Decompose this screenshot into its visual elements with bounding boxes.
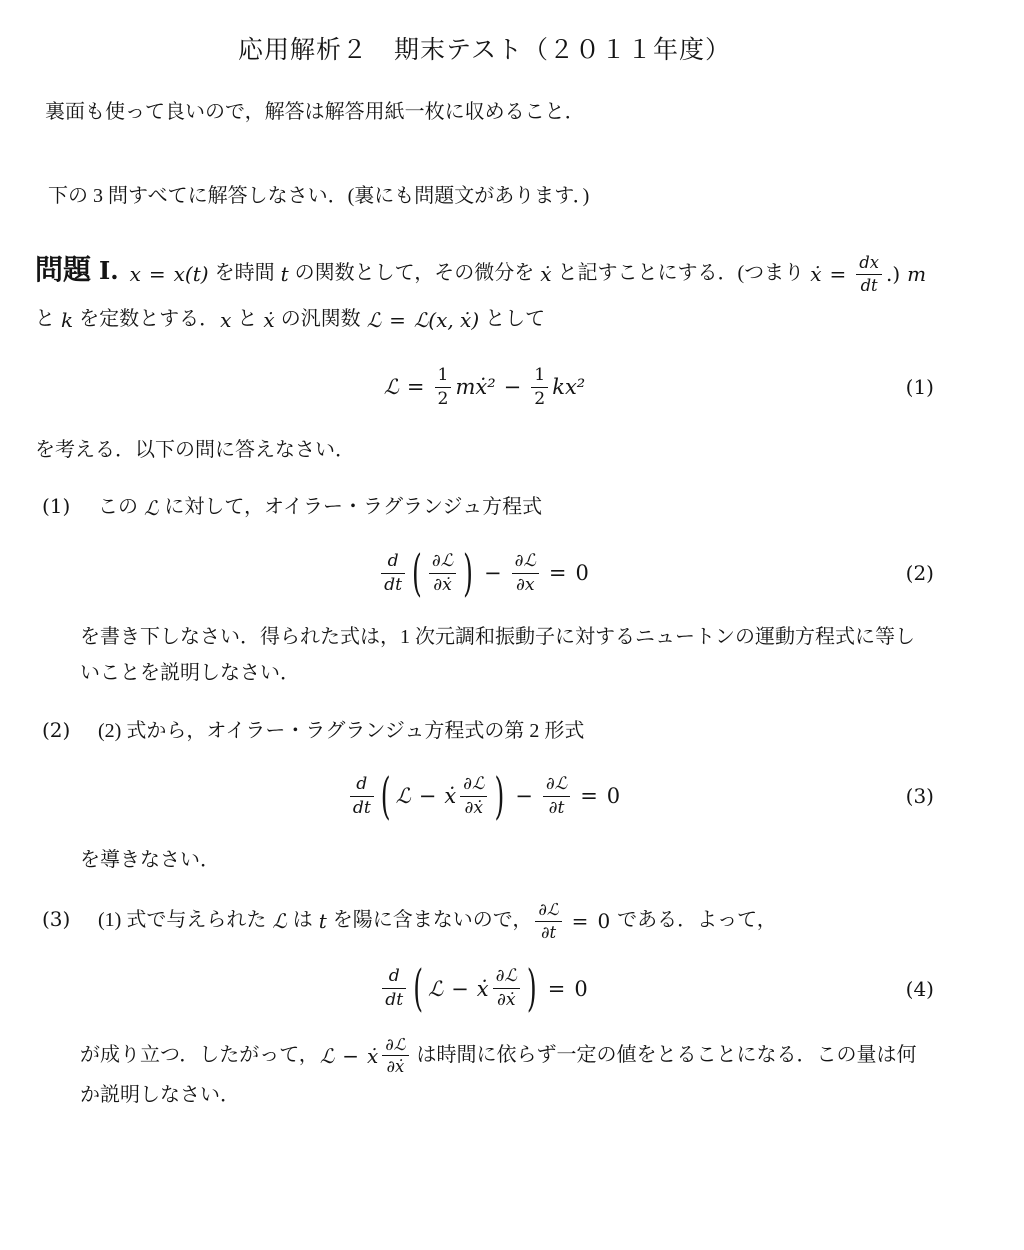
equation-2-math: ddt(∂ℒ∂ẋ)−∂ℒ∂x=0 — [378, 551, 591, 595]
equation-4-tag: (4) — [906, 977, 934, 1001]
question-item-3: (3) (1) 式で与えられた ℒ は t を陽に含まないので，∂ℒ∂t=0 で… — [42, 900, 934, 942]
question-item-1: (1) この ℒ に対して，オイラー・ラグランジュ方程式 — [42, 489, 934, 527]
equation-3-tag: (3) — [906, 784, 934, 808]
question-3-label: (3) — [42, 907, 98, 931]
question-2-body: を導きなさい． — [80, 842, 934, 878]
equation-1-math: ℒ=12mẋ²−12kx² — [383, 365, 586, 409]
equation-2: ddt(∂ℒ∂ẋ)−∂ℒ∂x=0 (2) — [35, 541, 934, 605]
exam-page: 応用解析２ 期末テスト（２０１１年度） 裏面も使って良いので，解答は解答用紙一枚… — [0, 0, 1024, 1250]
problem-outro: を考える．以下の問に答えなさい． — [35, 433, 934, 467]
equation-4: ddt(ℒ−ẋ∂ℒ∂ẋ)=0 (4) — [35, 957, 934, 1021]
question-1-label: (1) — [42, 494, 98, 518]
equation-3: ddt(ℒ−ẋ∂ℒ∂ẋ)−∂ℒ∂t=0 (3) — [35, 764, 934, 828]
question-3-body: が成り立つ．したがって，ℒ−ẋ∂ℒ∂ẋ は時間に依らず一定の値をとることになる．… — [80, 1035, 934, 1113]
question-2-label: (2) — [42, 718, 98, 742]
question-item-2: (2) (2) 式から，オイラー・ラグランジュ方程式の第 2 形式 — [42, 713, 934, 750]
question-2-text: (2) 式から，オイラー・ラグランジュ方程式の第 2 形式 — [98, 713, 934, 750]
problem-1-paragraph: 問題I.x=x(t) を時間 t の関数として，その微分を ẋ と記すことにする… — [35, 242, 934, 341]
question-3-text: (1) 式で与えられた ℒ は t を陽に含まないので，∂ℒ∂t=0 である．よ… — [98, 900, 934, 942]
page-title: 応用解析２ 期末テスト（２０１１年度） — [35, 22, 934, 66]
equation-1: ℒ=12mẋ²−12kx² (1) — [35, 355, 934, 419]
note-line: 裏面も使って良いので，解答は解答用紙一枚に収めること． — [45, 96, 934, 128]
equation-2-tag: (2) — [906, 561, 934, 585]
problem-intro-text: x=x(t) を時間 t の関数として，その微分を ẋ と記すことにする．(つま… — [35, 262, 927, 330]
equation-1-tag: (1) — [906, 375, 934, 399]
instruction-line: 下の 3 問すべてに解答しなさい．(裏にも問題文があります．) — [48, 180, 934, 212]
problem-heading-num: I. — [99, 256, 119, 285]
problem-heading-jp: 問題 — [35, 255, 91, 286]
question-1-text: この ℒ に対して，オイラー・ラグランジュ方程式 — [98, 489, 934, 527]
question-1-body: を書き下しなさい．得られた式は，1 次元調和振動子に対するニュートンの運動方程式… — [80, 619, 934, 691]
equation-4-math: ddt(ℒ−ẋ∂ℒ∂ẋ)=0 — [379, 966, 589, 1010]
problem-heading: 問題I. — [35, 262, 119, 284]
equation-3-math: ddt(ℒ−ẋ∂ℒ∂ẋ)−∂ℒ∂t=0 — [347, 774, 622, 818]
